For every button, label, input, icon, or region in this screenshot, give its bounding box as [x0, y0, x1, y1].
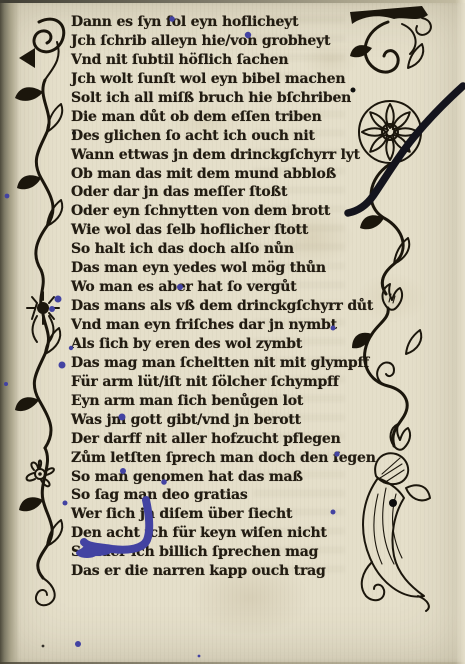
verse-line: Wer ſich jn diſem über ſiecht — [71, 505, 361, 524]
verse-line: Zům letſten ſprech man doch den ſegen — [71, 449, 361, 468]
verse-line: Wann ettwas jn dem drinckgſchyrr lyt — [71, 146, 361, 165]
verse-line: Das man eyn yedes wol mög thůn — [71, 259, 361, 278]
verse-line: So ſag man deo gratias — [71, 486, 361, 505]
page-right-edge — [455, 0, 465, 664]
daisy-flower — [27, 461, 54, 487]
verse-line: Das er die narren kapp ouch trag — [71, 562, 361, 581]
verse-line: Wo man es aber hat ſo vergůt — [71, 278, 361, 297]
verse-line: Der darff nit aller hofzucht pflegen — [71, 430, 361, 449]
verse-line: Solt ich all miſß bruch hie bſchriben — [71, 89, 361, 108]
verse-line: Vnd nit ſubtil höflich ſachen — [71, 51, 361, 70]
verse-line: Den acht ich für keyn wiſen nicht — [71, 524, 361, 543]
scan-page: Dann es ſyn ſol eyn hoflicheyt Jch ſchri… — [0, 0, 465, 664]
verse-line: So man genomen hat das maß — [71, 468, 361, 487]
verse-line: Die man důt ob dem eſſen triben — [71, 108, 361, 127]
thistle-flower — [27, 270, 59, 342]
verse-line: Oder dar jn das meſſer ſtoßt — [71, 183, 361, 202]
verse-line: Sunder ich billich ſprechen mag — [71, 543, 361, 562]
verse-line: Das mag man ſcheltten nit mit glympff — [71, 354, 361, 373]
verse-line: Als ſich by eren des wol zymbt — [71, 335, 361, 354]
verse-line: Jch wolt ſunſt wol eyn bibel machen — [71, 70, 361, 89]
verse-line: Wie wol das ſelb hoflicher ſtott — [71, 221, 361, 240]
verse-line: Eyn arm man ſich benůgen lot — [71, 392, 361, 411]
verse-line: Dann es ſyn ſol eyn hoflicheyt — [71, 13, 361, 32]
vine-scroll-head — [19, 19, 64, 80]
verse-line: Vnd man eyn friſches dar jn nymbt — [71, 316, 361, 335]
verse-line: Das mans als vß dem drinckgſchyrr důt — [71, 297, 361, 316]
vine-tail-flourish — [19, 448, 62, 605]
verse-line: Für arm lüt/iſt nit ſölcher ſchympff — [71, 373, 361, 392]
verse-line: Des glichen ſo acht ich ouch nit — [71, 127, 361, 146]
verse-line: Jch ſchrib alleyn hie/von grobheyt — [71, 32, 361, 51]
verse-line: Was jm gott gibt/vnd jn berott — [71, 411, 361, 430]
border-bottom-acanthus — [362, 453, 430, 611]
verse-line: Oder eyn ſchnytten von dem brott — [71, 202, 361, 221]
text-block: Dann es ſyn ſol eyn hoflicheyt Jch ſchri… — [71, 13, 361, 581]
vine-stem-lower — [15, 314, 60, 448]
border-top-banner — [350, 6, 431, 35]
verse-line: So halt ich das doch alſo nůn — [71, 240, 361, 259]
rosette-flower — [359, 101, 421, 163]
left-ornament-border — [13, 12, 67, 610]
page-gutter-shadow — [0, 0, 20, 664]
dark-ink-stroke — [348, 86, 463, 213]
page-top-edge — [0, 0, 465, 3]
vine-stem — [15, 80, 62, 270]
verse-line: Ob man das mit dem mund abbloß — [71, 165, 361, 184]
